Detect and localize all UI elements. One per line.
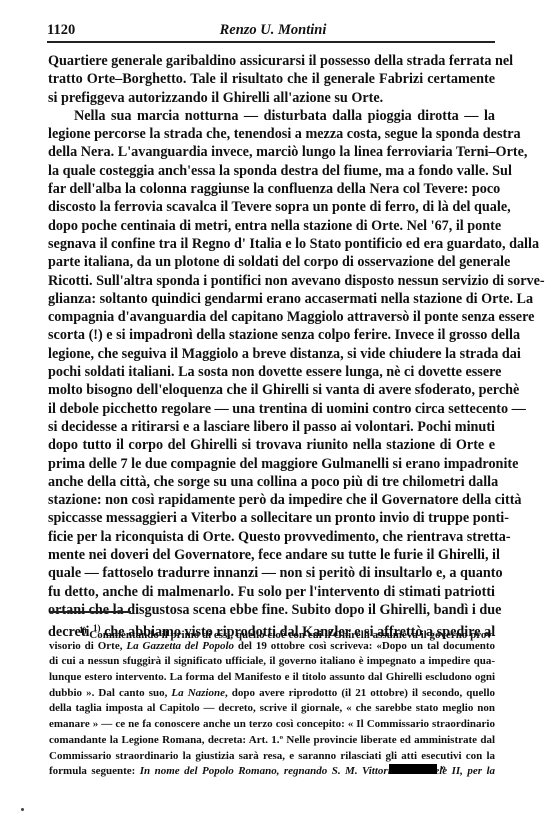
body-line: parte italiana, da un plotone di soldati…: [48, 253, 495, 271]
trailing-quote-mark: »: [440, 763, 446, 774]
footnote-text: del 19 ottobre così scriveva: «Dopo un t…: [234, 640, 495, 652]
footnotes: 1) Commentando il primo di essi, quello …: [49, 623, 495, 780]
newspaper-title: La Nazione: [171, 687, 225, 699]
body-line: Nella sua marcia notturna — disturbata d…: [48, 107, 495, 125]
body-line: si prefiggeva autorizzando il Ghirelli a…: [48, 89, 495, 107]
body-line: della Nera. L'avanguardia invece, marciò…: [48, 143, 495, 161]
body-line: ficie per la riconquista di Orte. Questo…: [48, 528, 495, 546]
footnote-line: dubbio ». Dal canto suo, La Nazione, dop…: [49, 686, 495, 702]
body-text: Quartiere generale garibaldino assicurar…: [48, 52, 495, 638]
body-line: stazione: non così rapidamente però da i…: [48, 491, 495, 509]
body-line: glianza: soltanto quindici gendarmi eran…: [48, 290, 495, 308]
header-rule: [47, 41, 495, 43]
footnote-line: di cui a nessun sfuggirà il significato …: [49, 654, 495, 670]
document-page: 1120 Renzo U. Montini Quartiere generale…: [0, 0, 550, 822]
footnote-line: 1) Commentando il primo di essi, quello …: [49, 623, 495, 639]
body-line: dopo poche centinaia di metri, entra nel…: [48, 217, 495, 235]
newspaper-title: La Gazzetta del Popolo: [126, 640, 234, 652]
footnote-text: dubbio ». Dal canto suo,: [49, 687, 171, 699]
running-title: Renzo U. Montini: [47, 22, 499, 39]
body-line: anche della città, che sorge su una coll…: [48, 473, 495, 491]
footnote-line: della taglia imposta al Capitolo — decre…: [49, 701, 495, 717]
footnote-text: , dopo avere riprodotto (il 21 ottobre) …: [225, 687, 495, 699]
body-line: pochi soldati italiani. La sosta non dov…: [48, 363, 495, 381]
footnote-line: comandante la Legione Romana, decreta: A…: [49, 733, 495, 749]
body-line: il debole picchetto regolare — una trent…: [48, 400, 495, 418]
body-line: legione percorse la strada che, tenendos…: [48, 125, 495, 143]
footnote-line: emanare » — ce ne fa conoscere anche un …: [49, 717, 495, 733]
footnote-rule: [50, 611, 131, 613]
body-line: molto bisogno dell'eloquenza che il Ghir…: [48, 381, 495, 399]
body-line: mente nei doveri del Governatore, fece a…: [48, 546, 495, 564]
body-line: compagnia d'avanguardia del capitano Mag…: [48, 308, 495, 326]
body-line: spiccasse messaggieri a Viterbo a sollec…: [48, 509, 495, 527]
body-line: far dell'alba la colonna raggiunse la co…: [48, 180, 495, 198]
body-line: tratto Orte–Borghetto. Tale il risultato…: [48, 70, 495, 88]
body-line: dopo tutto il corpo del Ghirelli si trov…: [48, 436, 495, 454]
body-line: discosto la ferrovia scavalca il Tevere …: [48, 198, 495, 216]
body-line: quale — fattoselo tradurre innanzi — non…: [48, 564, 495, 582]
footnote-line: Commissario straordinario la giustizia s…: [49, 749, 495, 765]
footnote-text: visorio di Orte,: [49, 640, 126, 652]
footnote-line: lunque estero intervento. La forma del M…: [49, 670, 495, 686]
footnote-marker: 1): [79, 625, 87, 635]
body-line: scorta (!) e si impadronì della stazione…: [48, 326, 495, 344]
body-line: Quartiere generale garibaldino assicurar…: [48, 52, 495, 70]
redaction-block: [389, 764, 437, 774]
body-line: fu detto, anche di malmenarlo. Fu solo p…: [48, 583, 495, 601]
body-line: Ricotti. Sull'altra sponda i pontifici n…: [48, 272, 495, 290]
footnote-line: visorio di Orte, La Gazzetta del Popolo …: [49, 639, 495, 655]
body-line: prima delle 7 le due compagnie del maggi…: [48, 455, 495, 473]
scan-speck: [21, 808, 24, 811]
body-line: segnava il confine tra il Regno d' Itali…: [48, 235, 495, 253]
footnote-text: formula seguente:: [49, 765, 140, 777]
running-head: 1120 Renzo U. Montini: [47, 22, 499, 40]
body-line: la quale costeggia anch'essa la sponda d…: [48, 162, 495, 180]
body-line: si decidesse a ritirarsi e a lasciare li…: [48, 418, 495, 436]
body-line: legione, che seguiva il Maggiolo a breve…: [48, 345, 495, 363]
